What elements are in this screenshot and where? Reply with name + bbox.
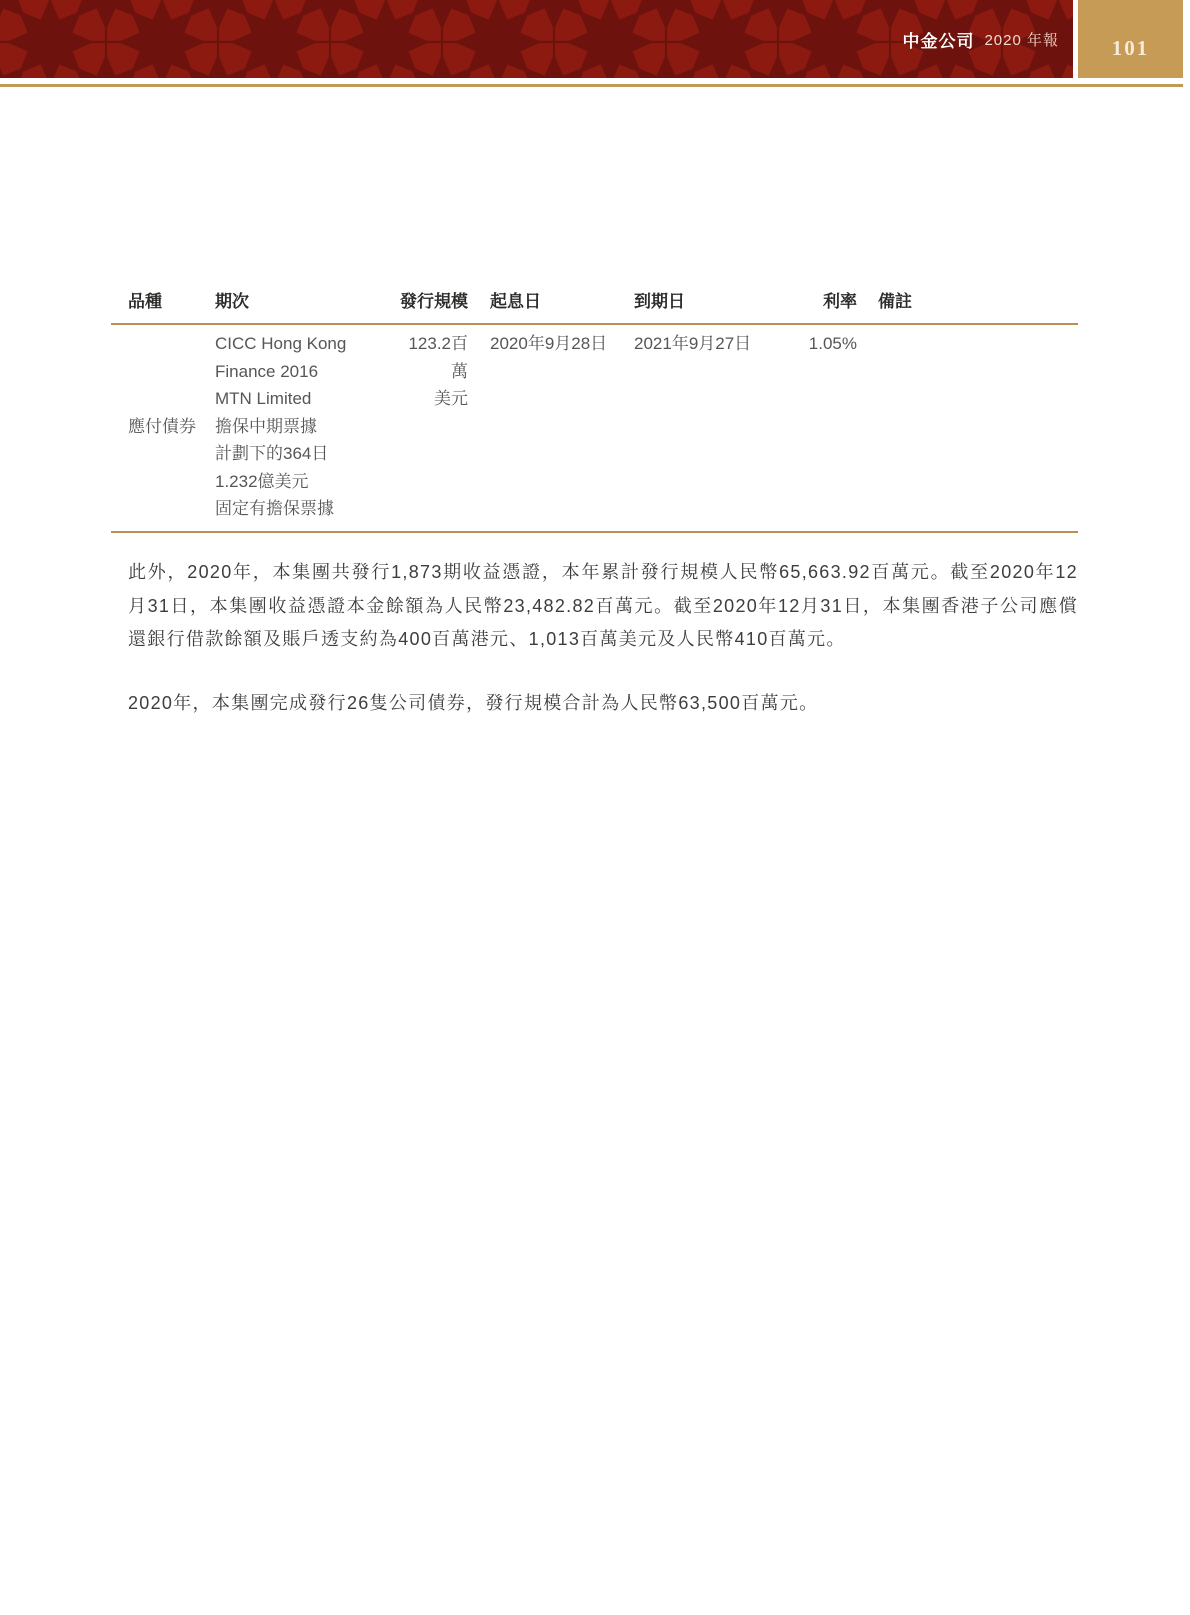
company-name: 中金公司	[902, 27, 974, 52]
bond-table: 品種 期次 發行規模 起息日 到期日 利率 備註 應付債券 CICC Hong …	[111, 287, 1078, 533]
header-banner: 中金公司 2020 年報	[0, 0, 1073, 78]
cell-interest-rate: 1.05%	[765, 330, 857, 523]
col-header-maturity-date: 到期日	[634, 287, 765, 312]
table-row: 應付債券 CICC Hong Kong Finance 2016 MTN Lim…	[111, 325, 1078, 533]
cell-maturity-date: 2021年9月27日	[634, 330, 765, 523]
col-header-type: 品種	[111, 287, 215, 312]
col-header-interest-rate: 利率	[765, 287, 857, 312]
report-page: 中金公司 2020 年報 101 品種 期次 發行規模 起息日 到期日 利率 備…	[0, 0, 1190, 1615]
col-header-remarks: 備註	[857, 287, 1078, 312]
cell-series: CICC Hong Kong Finance 2016 MTN Limited …	[215, 330, 395, 523]
paragraph-income-certificates: 此外，2020年，本集團共發行1,873期收益憑證，本年累計發行規模人民幣65,…	[128, 556, 1078, 657]
page-number: 101	[1112, 18, 1150, 61]
table-header-row: 品種 期次 發行規模 起息日 到期日 利率 備註	[111, 287, 1078, 325]
col-header-series: 期次	[215, 287, 395, 312]
col-header-issue-size: 發行規模	[395, 287, 468, 312]
page-number-box: 101	[1078, 0, 1183, 78]
cell-remarks	[857, 330, 1078, 523]
header-divider	[0, 84, 1183, 87]
cell-type: 應付債券	[111, 330, 215, 523]
report-title: 2020 年報	[984, 29, 1059, 50]
paragraph-corporate-bonds: 2020年，本集團完成發行26隻公司債券，發行規模合計為人民幣63,500百萬元…	[128, 687, 1078, 721]
banner-title: 中金公司 2020 年報	[0, 0, 1073, 78]
cell-issue-size: 123.2百萬 美元	[395, 330, 468, 523]
cell-value-date: 2020年9月28日	[468, 330, 634, 523]
col-header-value-date: 起息日	[468, 287, 634, 312]
